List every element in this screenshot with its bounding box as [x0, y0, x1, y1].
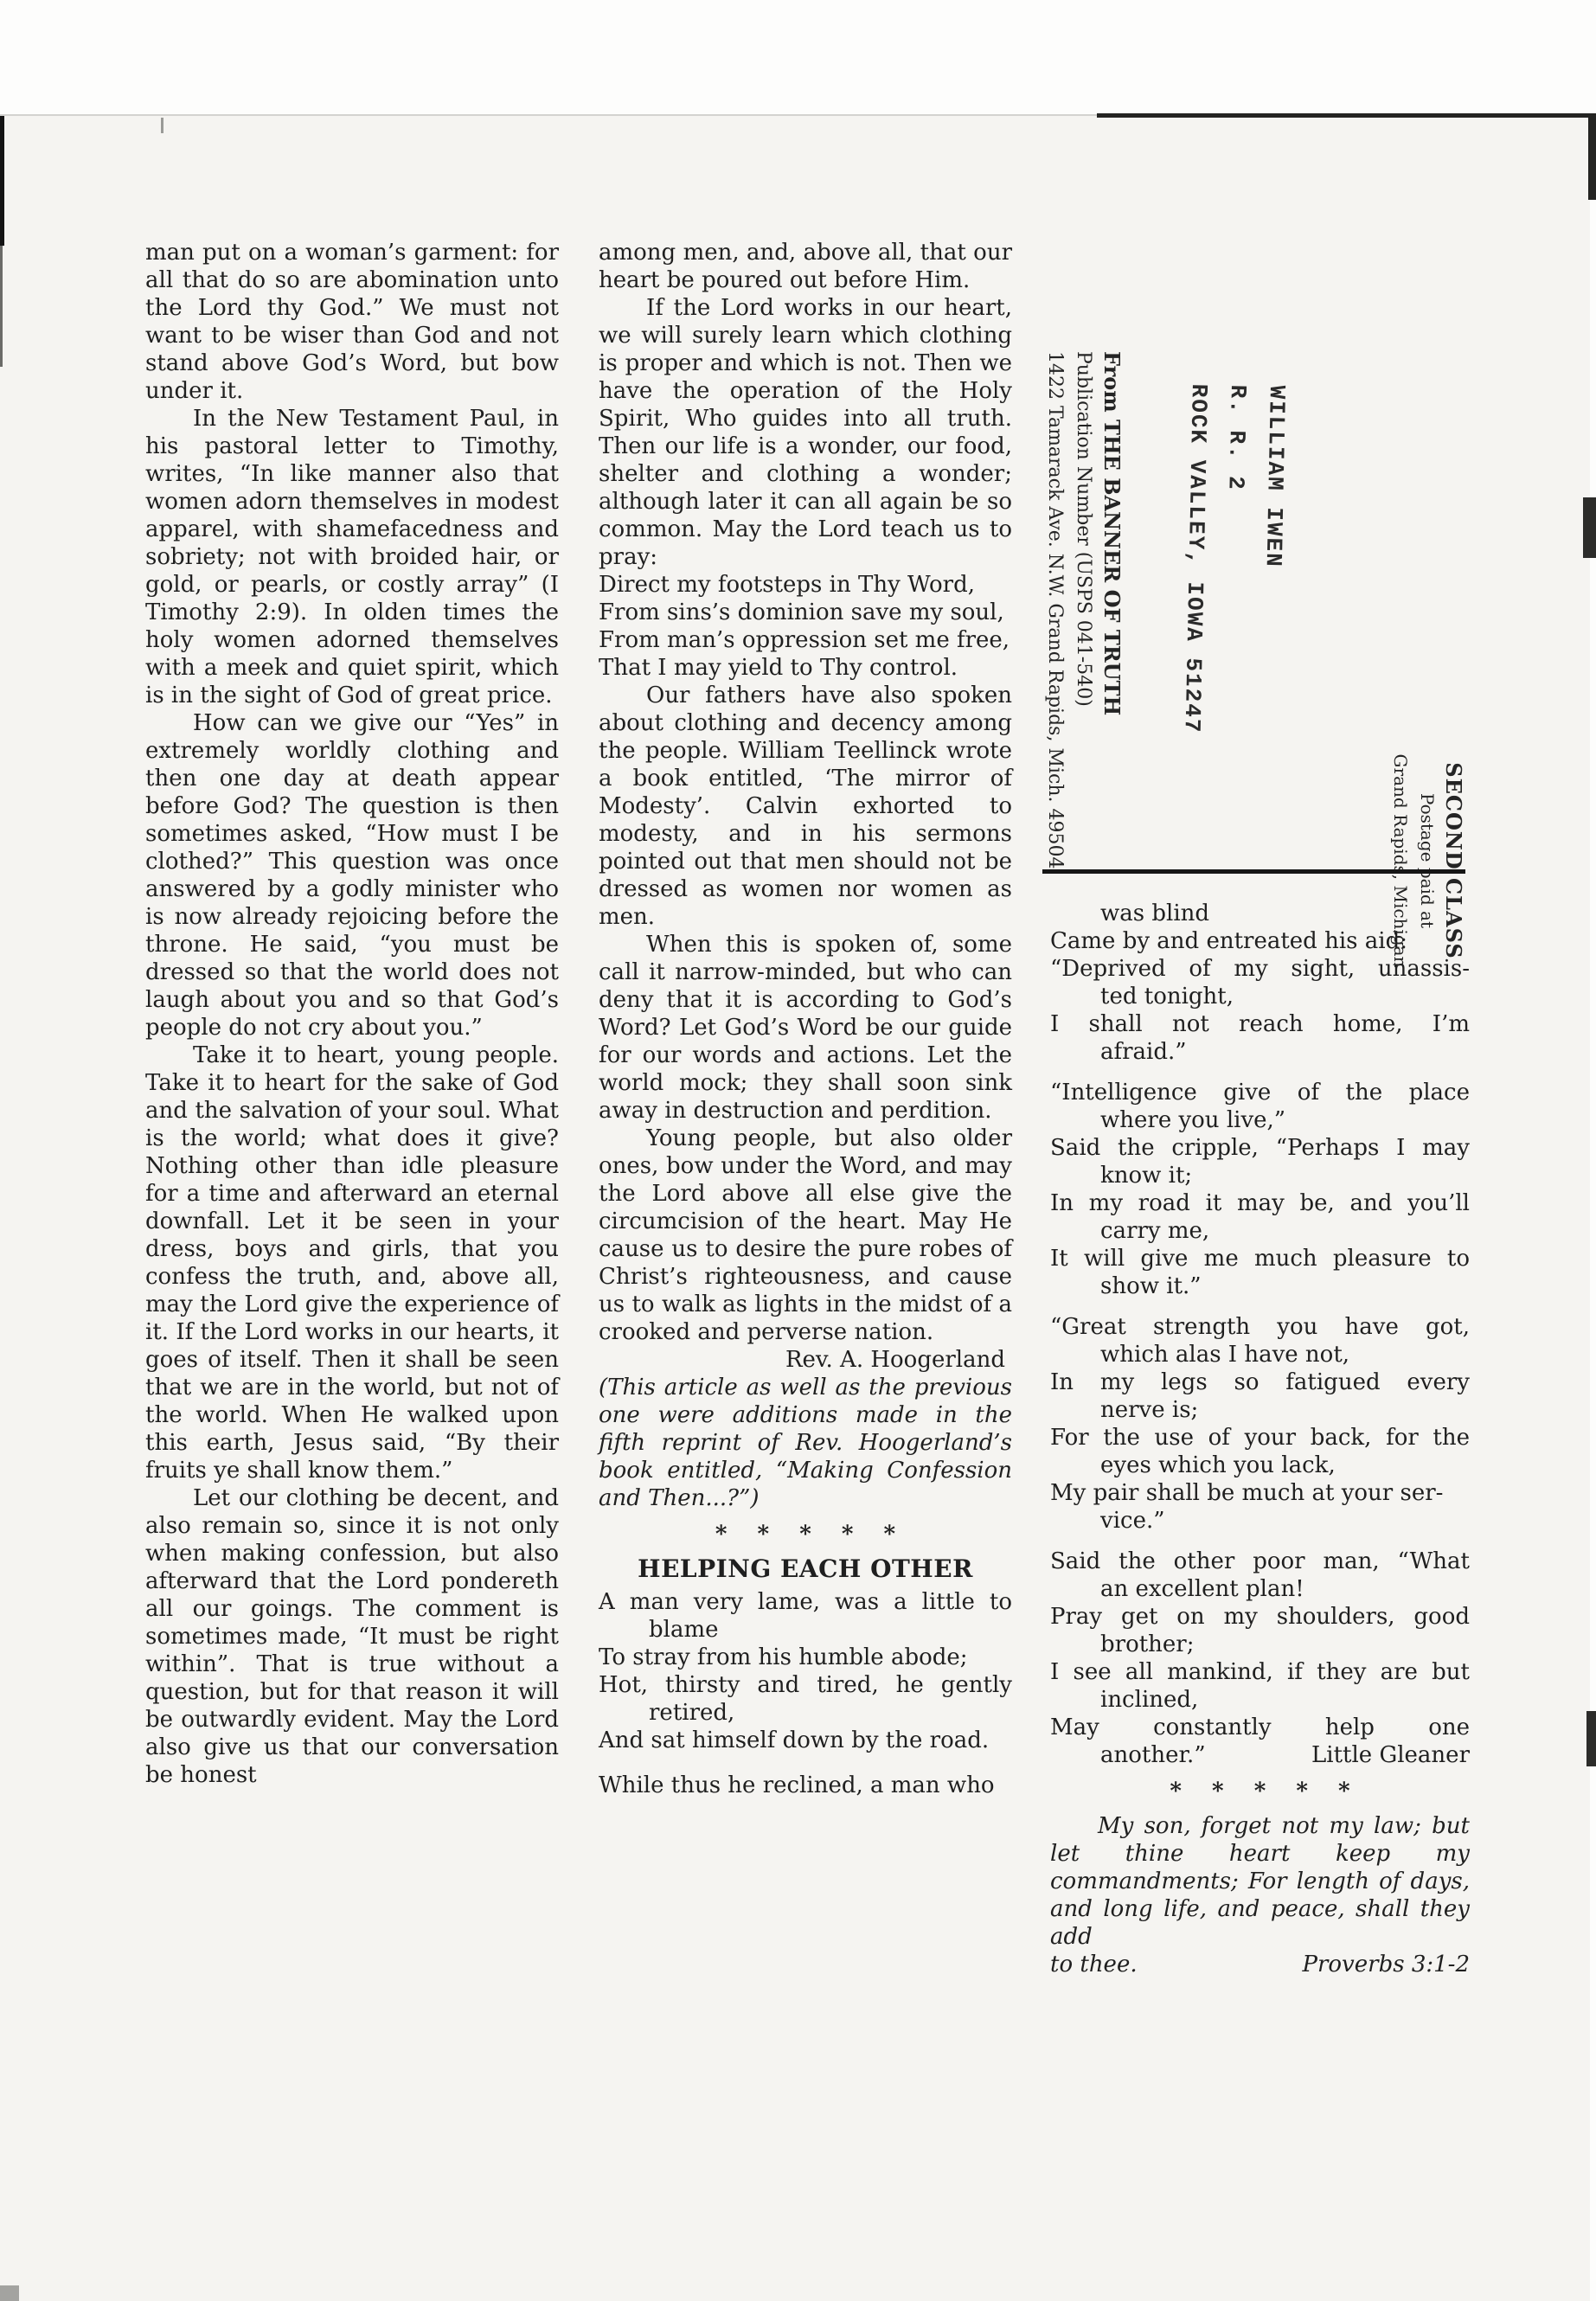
poem-line: which alas I have not, — [1050, 1341, 1470, 1368]
poem-line: “Great strength you have got, — [1050, 1313, 1470, 1341]
poem-line: I shall not reach home, I’m — [1050, 1010, 1470, 1038]
split-left: another.” — [1100, 1741, 1206, 1769]
column-middle: among men, and, above all, that our hear… — [599, 239, 1012, 1799]
poem-line: I see all mankind, if they are but — [1050, 1658, 1470, 1686]
mailing-masthead: From THE BANNER OF TRUTH Publication Num… — [1041, 351, 1126, 888]
poem-line: Said the cripple, “Perhaps I may — [1050, 1134, 1470, 1162]
poem-line: where you live,” — [1050, 1106, 1470, 1134]
split-line: another.”Little Gleaner — [1050, 1741, 1470, 1769]
column-right: was blindCame by and entreated his aid:“… — [1050, 900, 1470, 1978]
poem-line: brother; — [1050, 1631, 1470, 1658]
postage-city: Grand Rapids, Michigan — [1387, 737, 1413, 984]
section-heading: HELPING EACH OTHER — [599, 1555, 1012, 1583]
publication-number: Publication Number (USPS 041-540) — [1069, 351, 1098, 888]
split-right: Little Gleaner — [1311, 1741, 1470, 1769]
poem-line: retired, — [599, 1699, 1012, 1727]
publication-return-address: 1422 Tamarack Ave. N.W. Grand Rapids, Mi… — [1041, 351, 1069, 888]
scan-mark-right-upper — [1583, 497, 1596, 558]
scan-edge-left — [0, 116, 4, 246]
poem-line: Pray get on my shoulders, good — [1050, 1603, 1470, 1631]
paragraph: Young people, but also older ones, bow u… — [599, 1125, 1012, 1346]
paragraph: man put on a woman’s garment: for all th… — [145, 239, 559, 405]
scanned-newsletter-page: { "page": { "paper_color": "#f5f4f1", "i… — [0, 0, 1596, 2301]
poem-line: an excellent plan! — [1050, 1575, 1470, 1603]
scan-edge-top-right — [1097, 113, 1596, 118]
paragraph: My son, forget not my law; but let thine… — [1050, 1812, 1470, 1951]
poem-line: blame — [599, 1616, 1012, 1644]
poem-line: Direct my footsteps in Thy Word, — [599, 571, 1012, 599]
paragraph: Take it to heart, young people. Take it … — [145, 1042, 559, 1484]
split-left: to thee. — [1050, 1951, 1138, 1978]
stanza-gap — [1050, 1300, 1470, 1313]
split-right: Proverbs 3:1-2 — [1302, 1951, 1470, 1978]
column-left: man put on a woman’s garment: for all th… — [145, 239, 559, 1789]
postage-class: SECOND CLASS — [1440, 737, 1467, 984]
split-line: to thee.Proverbs 3:1-2 — [1050, 1951, 1470, 1978]
subscriber-address: WILLIAM IWEN R. R. 2 ROCK VALLEY, IOWA 5… — [1170, 383, 1296, 818]
scan-mark-right-lower — [1586, 1711, 1596, 1766]
stanza-gap — [1050, 1535, 1470, 1548]
paragraph: (This article as well as the previous on… — [599, 1374, 1012, 1512]
poem-line: nerve is; — [1050, 1396, 1470, 1424]
mailing-divider-rule — [1042, 869, 1465, 874]
poem-line: It will give me much pleasure to — [1050, 1245, 1470, 1272]
poem-line: And sat himself down by the road. — [599, 1727, 1012, 1754]
scanned-page: man put on a woman’s garment: for all th… — [0, 116, 1590, 2301]
poem-line: From man’s oppression set me free, — [599, 626, 1012, 654]
stanza-gap — [1050, 1066, 1470, 1079]
poem-line: afraid.” — [1050, 1038, 1470, 1066]
poem-line: To stray from his humble abode; — [599, 1644, 1012, 1671]
poem-line: From sins’s dominion save my soul, — [599, 599, 1012, 626]
paragraph: How can we give our “Yes” in extremely w… — [145, 709, 559, 1042]
poem-line: In my road it may be, and you’ll — [1050, 1189, 1470, 1217]
paragraph: When this is spoken of, some call it nar… — [599, 931, 1012, 1125]
paragraph: In the New Testament Paul, in his pastor… — [145, 405, 559, 709]
poem-line: Said the other poor man, “What — [1050, 1548, 1470, 1575]
scan-corner-bottom-left — [0, 2285, 19, 2301]
scan-speck — [161, 118, 163, 133]
asterisk-divider: * * * * * — [599, 1521, 1012, 1548]
signature-line: Rev. A. Hoogerland — [599, 1346, 1012, 1374]
postage-paid-at: Postage paid at — [1413, 737, 1440, 984]
asterisk-divider: * * * * * — [1050, 1778, 1470, 1805]
poem-line: eyes which you lack, — [1050, 1452, 1470, 1479]
poem-line: vice.” — [1050, 1507, 1470, 1535]
poem-line: My pair shall be much at your ser- — [1050, 1479, 1470, 1507]
poem-line: Hot, thirsty and tired, he gently — [599, 1671, 1012, 1699]
poem-line: A man very lame, was a little to — [599, 1588, 1012, 1616]
stanza-gap — [599, 1754, 1012, 1772]
poem-line: ted tonight, — [1050, 983, 1470, 1010]
scan-edge-left-fade — [0, 246, 3, 367]
poem-line: In my legs so fatigued every — [1050, 1368, 1470, 1396]
paragraph: Let our clothing be decent, and also rem… — [145, 1484, 559, 1789]
poem-line: May constantly help one — [1050, 1714, 1470, 1741]
poem-line: inclined, — [1050, 1686, 1470, 1714]
poem-line: That I may yield to Thy control. — [599, 654, 1012, 682]
poem-line: While thus he reclined, a man who — [599, 1772, 1012, 1799]
paragraph: Our fathers have also spoken about cloth… — [599, 682, 1012, 931]
scan-corner-top-right — [1588, 113, 1596, 200]
paragraph: If the Lord works in our heart, we will … — [599, 294, 1012, 571]
poem-line: know it; — [1050, 1162, 1470, 1189]
poem-line: “Intelligence give of the place — [1050, 1079, 1470, 1106]
postage-imprint: SECOND CLASS Postage paid at Grand Rapid… — [1387, 737, 1467, 984]
publication-title: From THE BANNER OF TRUTH — [1098, 351, 1126, 888]
poem-line: For the use of your back, for the — [1050, 1424, 1470, 1452]
poem-line: show it.” — [1050, 1272, 1470, 1300]
poem-line: carry me, — [1050, 1217, 1470, 1245]
paragraph: among men, and, above all, that our hear… — [599, 239, 1012, 294]
